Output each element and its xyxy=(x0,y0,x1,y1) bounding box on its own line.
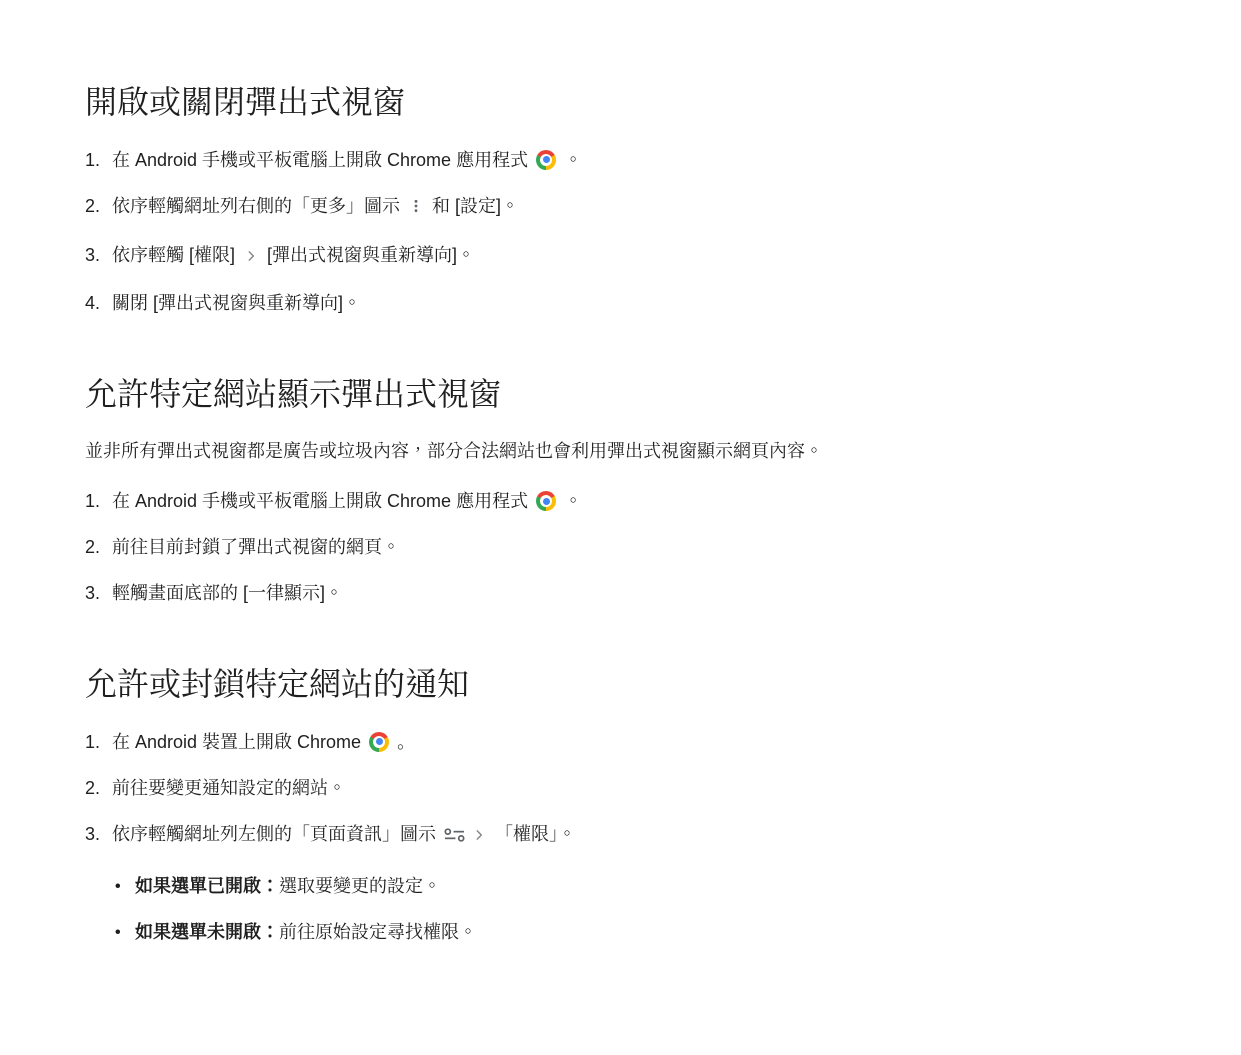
list-number: 1. xyxy=(85,728,112,757)
chevron-right-icon xyxy=(472,822,486,851)
step-text: 和 [設定]。 xyxy=(427,196,519,216)
steps-list: 1. 在 Android 裝置上開啟 Chrome 。 2. 前往要變更通知設定… xyxy=(85,728,1000,852)
bullet-text: 選取要變更的設定。 xyxy=(279,876,441,896)
page-info-icon xyxy=(444,823,465,852)
list-item: 1. 在 Android 手機或平板電腦上開啟 Chrome 應用程式 。 xyxy=(85,146,1000,175)
step-text: 前往目前封鎖了彈出式視窗的網頁。 xyxy=(112,533,1000,562)
step-text: 在 Android 手機或平板電腦上開啟 Chrome 應用程式 xyxy=(112,491,533,511)
bullet-bold-lead: 如果選單未開啟： xyxy=(135,922,279,942)
list-item: 1. 在 Android 裝置上開啟 Chrome 。 xyxy=(85,728,1000,757)
list-item: • 如果選單未開啟：前往原始設定尋找權限。 xyxy=(115,918,1000,947)
step-text: 。 xyxy=(559,150,582,170)
list-number: 3. xyxy=(85,579,112,608)
step-text: 。 xyxy=(392,732,415,752)
list-item: 3. 輕觸畫面底部的 [一律顯示]。 xyxy=(85,579,1000,608)
chevron-right-icon xyxy=(244,243,258,272)
steps-list: 1. 在 Android 手機或平板電腦上開啟 Chrome 應用程式 。 2.… xyxy=(85,146,1000,318)
list-item: 2. 前往要變更通知設定的網站。 xyxy=(85,774,1000,803)
step-text: 依序輕觸 [權限] xyxy=(112,245,240,265)
section-popups-on-off: 開啟或關閉彈出式視窗 1. 在 Android 手機或平板電腦上開啟 Chrom… xyxy=(85,82,1000,318)
bullet-text: 前往原始設定尋找權限。 xyxy=(279,922,477,942)
bullet-marker: • xyxy=(115,918,135,947)
article-content: 開啟或關閉彈出式視窗 1. 在 Android 手機或平板電腦上開啟 Chrom… xyxy=(0,0,1060,1044)
list-number: 2. xyxy=(85,533,112,562)
step-text: 關閉 [彈出式視窗與重新導向]。 xyxy=(112,289,1000,318)
step-text: 輕觸畫面底部的 [一律顯示]。 xyxy=(112,579,1000,608)
section-allow-popups-specific-sites: 允許特定網站顯示彈出式視窗 並非所有彈出式視窗都是廣告或垃圾內容，部分合法網站也… xyxy=(85,374,1000,609)
section-heading: 允許或封鎖特定網站的通知 xyxy=(85,664,1000,706)
list-number: 2. xyxy=(85,192,112,221)
step-text: 依序輕觸網址列左側的「頁面資訊」圖示 xyxy=(112,824,441,844)
steps-list: 1. 在 Android 手機或平板電腦上開啟 Chrome 應用程式 。 2.… xyxy=(85,487,1000,608)
step-text: 前往要變更通知設定的網站。 xyxy=(112,774,1000,803)
step-text: 在 Android 裝置上開啟 Chrome xyxy=(112,732,366,752)
step-text: 。 xyxy=(559,491,582,511)
step-text: 在 Android 手機或平板電腦上開啟 Chrome 應用程式 xyxy=(112,150,533,170)
chrome-icon xyxy=(369,732,389,752)
chrome-icon xyxy=(536,491,556,511)
list-item: 2. 依序輕觸網址列右側的「更多」圖示 和 [設定]。 xyxy=(85,192,1000,224)
section-heading: 開啟或關閉彈出式視窗 xyxy=(85,82,1000,124)
section-heading: 允許特定網站顯示彈出式視窗 xyxy=(85,374,1000,416)
list-item: 4. 關閉 [彈出式視窗與重新導向]。 xyxy=(85,289,1000,318)
list-number: 1. xyxy=(85,487,112,516)
section-notifications-specific-sites: 允許或封鎖特定網站的通知 1. 在 Android 裝置上開啟 Chrome 。… xyxy=(85,664,1000,947)
more-vert-icon xyxy=(408,195,424,224)
list-number: 3. xyxy=(85,241,112,270)
list-number: 4. xyxy=(85,289,112,318)
list-number: 1. xyxy=(85,146,112,175)
list-item: 1. 在 Android 手機或平板電腦上開啟 Chrome 應用程式 。 xyxy=(85,487,1000,516)
chrome-icon xyxy=(536,150,556,170)
step-text: 依序輕觸網址列右側的「更多」圖示 xyxy=(112,196,405,216)
list-number: 2. xyxy=(85,774,112,803)
sub-bullet-list: • 如果選單已開啟：選取要變更的設定。 • 如果選單未開啟：前往原始設定尋找權限… xyxy=(115,872,1000,947)
list-item: 3. 依序輕觸 [權限] [彈出式視窗與重新導向]。 xyxy=(85,241,1000,272)
bullet-marker: • xyxy=(115,872,135,901)
step-text: 「權限」。 xyxy=(490,824,576,844)
list-number: 3. xyxy=(85,820,112,849)
list-item: • 如果選單已開啟：選取要變更的設定。 xyxy=(115,872,1000,901)
list-item: 3. 依序輕觸網址列左側的「頁面資訊」圖示 「權限」。 xyxy=(85,820,1000,852)
section-intro: 並非所有彈出式視窗都是廣告或垃圾內容，部分合法網站也會利用彈出式視窗顯示網頁內容… xyxy=(85,437,1000,465)
step-text: [彈出式視窗與重新導向]。 xyxy=(262,245,475,265)
bullet-bold-lead: 如果選單已開啟： xyxy=(135,876,279,896)
list-item: 2. 前往目前封鎖了彈出式視窗的網頁。 xyxy=(85,533,1000,562)
